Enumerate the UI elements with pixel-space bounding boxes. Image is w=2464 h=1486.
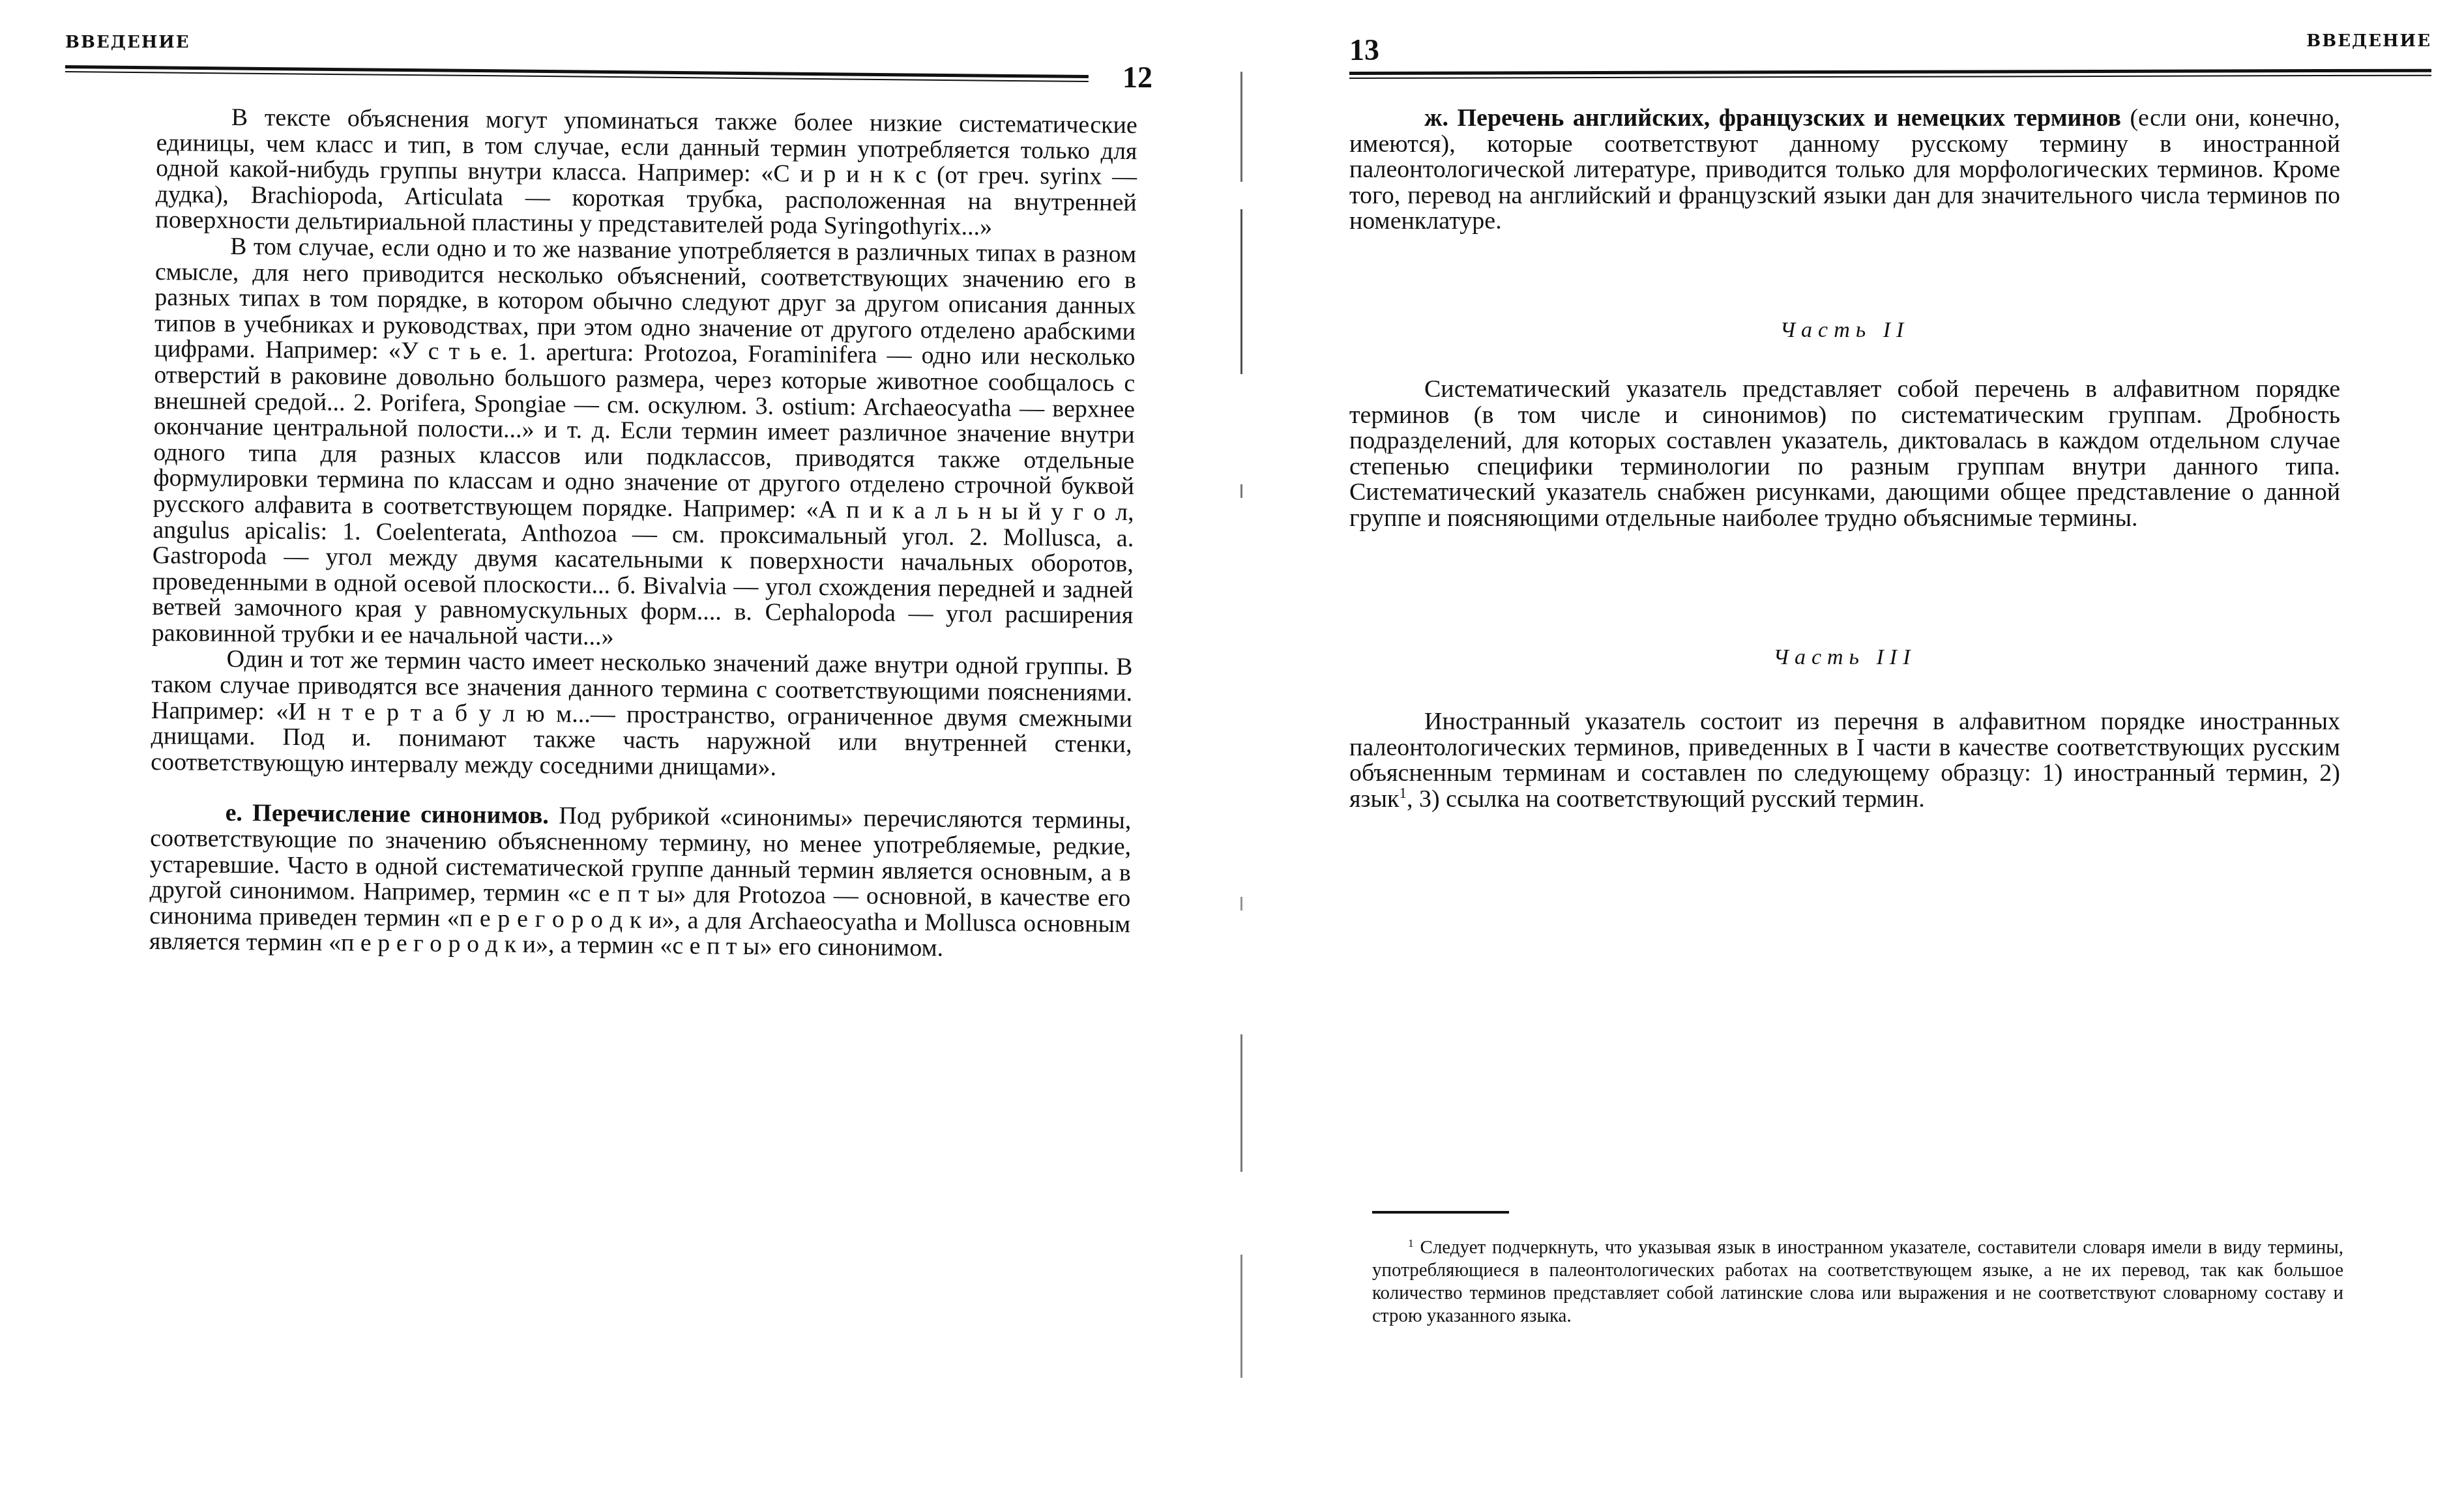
left-body: В тексте объяснения могут упоминаться та… [149,104,1137,963]
paragraph-text: , 3) ссылка на соответствующий русский т… [1407,785,1925,813]
page-number-right: 13 [1349,33,1379,67]
left-page: ВВЕДЕНИЕ 12 В тексте объяснения могут уп… [0,0,1225,1486]
section-title-part-3: Часть III [1349,645,2340,670]
running-head-left: ВВЕДЕНИЕ [65,33,190,52]
footnote: 1 Следует подчеркнуть, что указывая язык… [1372,1236,2343,1328]
paragraph: В тексте объяснения могут упоминаться та… [155,104,1137,242]
right-body: ж. Перечень английских, французских и не… [1349,106,2340,235]
paragraph: Один и тот же термин часто имеет несколь… [151,646,1133,783]
right-page: 13 ВВЕДЕНИЕ ж. Перечень английских, фран… [1255,0,2464,1486]
footnote-body: Следует подчеркнуть, что указывая язык в… [1372,1237,2343,1326]
page-number-left: 12 [1122,60,1152,95]
header-rule-left [65,65,1089,78]
header-rule-right [1349,69,2431,75]
footnote-text: 1 Следует подчеркнуть, что указывая язык… [1372,1236,2343,1328]
paragraph: В том случае, если одно и то же название… [152,233,1136,655]
footnote-marker: 1 [1408,1236,1414,1249]
gutter-line [1240,72,1242,1447]
section-body-part-2: Систематический указатель представляет с… [1349,377,2340,532]
paragraph: Иностранный указатель состоит из перечня… [1349,709,2340,812]
paragraph-foreign-terms: ж. Перечень английских, французских и не… [1349,106,2340,235]
paragraph-synonyms: е. Перечисление синонимов. Под рубрикой … [149,800,1132,963]
section-title-part-2: Часть II [1349,318,2340,343]
section-body-part-3: Иностранный указатель состоит из перечня… [1349,709,2340,812]
footnote-rule [1372,1211,1509,1214]
footnote-ref[interactable]: 1 [1399,785,1406,801]
paragraph: Систематический указатель представляет с… [1349,377,2340,532]
running-head-right: ВВЕДЕНИЕ [2306,31,2431,51]
paragraph-lead: ж. Перечень английских, французских и не… [1424,104,2121,132]
paragraph-text: Под рубрикой «синонимы» перечисляются те… [149,802,1132,962]
